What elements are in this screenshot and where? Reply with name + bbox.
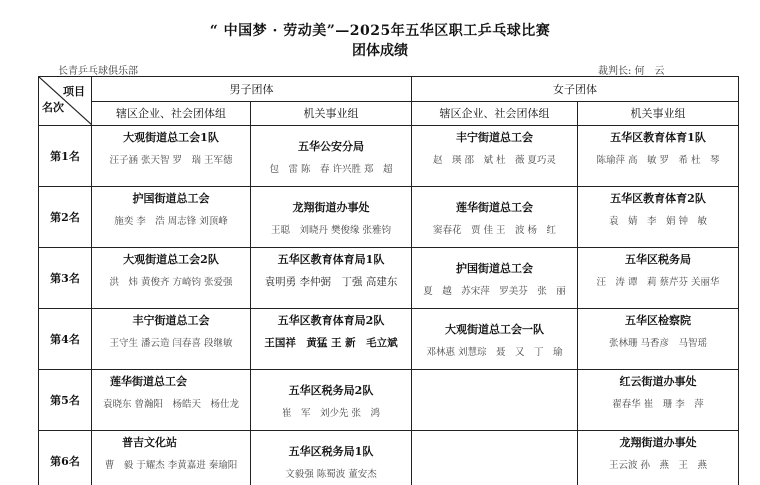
- team-cell: 五华区税务局1队 文毅强 陈蜀波 董安杰: [251, 431, 412, 485]
- team-players: 文毅强 陈蜀波 董安杰: [251, 466, 411, 480]
- team-players: 王聪 刘晓丹 樊俊缘 张雅钧: [251, 222, 411, 236]
- team-players: 王国祥 黄猛 王 新 毛立斌: [251, 335, 411, 350]
- team-cell: 护国街道总工会 施奕 李 浩 周志锋 刘顶峰: [92, 187, 251, 248]
- empty-cell: [412, 370, 578, 431]
- team-name: 五华区教育体育1队: [578, 129, 738, 145]
- team-name: 五华区教育体育局1队: [251, 251, 411, 267]
- team-cell: 大观街道总工会2队 洪 炜 黄俊齐 方崎钧 张爱强: [92, 248, 251, 309]
- team-name: 五华区检察院: [578, 312, 738, 328]
- table-row: 第4名 丰宁街道总工会 王守生 潘云造 闫春喜 段继敏 五华区教育体育局2队 王…: [39, 309, 739, 370]
- team-players: 洪 炜 黄俊齐 方崎钧 张爱强: [92, 274, 250, 288]
- team-cell: 红云街道办事处 翟春华 崔 珊 李 萍: [578, 370, 739, 431]
- team-cell: 五华区税务局 汪 涛 谭 莉 蔡芹芬 关丽华: [578, 248, 739, 309]
- team-cell: 五华区教育体育2队 袁 婧 李 娟 钟 敏: [578, 187, 739, 248]
- team-name: 普吉文化站: [92, 434, 250, 450]
- subgroup-header: 机关事业组: [578, 101, 739, 126]
- team-cell: 龙翔街道办事处 王云波 孙 燕 王 燕: [578, 431, 739, 485]
- team-players: 袁 婧 李 娟 钟 敏: [578, 213, 738, 227]
- table-row: 第6名 普吉文化站 曹 毅 于耀杰 李黄嘉进 秦瑜阳 五华区税务局1队 文毅强 …: [39, 431, 739, 485]
- team-name: 五华区教育体育局2队: [251, 312, 411, 328]
- rank-cell: 第2名: [39, 187, 92, 248]
- team-cell: 五华公安分局 包 雷 陈 春 许兴胜 郑 超: [251, 126, 412, 187]
- team-name: 护国街道总工会: [92, 190, 250, 206]
- team-name: 五华公安分局: [251, 138, 411, 154]
- team-name: 龙翔街道办事处: [578, 434, 738, 450]
- table-row: 第2名 护国街道总工会 施奕 李 浩 周志锋 刘顶峰 龙翔街道办事处 王聪 刘晓…: [39, 187, 739, 248]
- subgroup-header: 辖区企业、社会团体组: [412, 101, 578, 126]
- team-cell: 莲华街道总工会 窦春花 贾 佳 王 波 杨 红: [412, 187, 578, 248]
- corner-label-item: 项目: [63, 83, 85, 99]
- team-name: 丰宁街道总工会: [412, 129, 577, 145]
- team-name: 龙翔街道办事处: [251, 199, 411, 215]
- team-players: 施奕 李 浩 周志锋 刘顶峰: [92, 213, 250, 227]
- rank-cell: 第4名: [39, 309, 92, 370]
- rank-cell: 第1名: [39, 126, 92, 187]
- team-players: 陈瑜萍 高 敏 罗 希 杜 琴: [578, 152, 738, 166]
- rank-cell: 第6名: [39, 431, 92, 485]
- team-name: 护国街道总工会: [412, 260, 577, 276]
- team-name: 五华区教育体育2队: [578, 190, 738, 206]
- team-cell: 龙翔街道办事处 王聪 刘晓丹 樊俊缘 张雅钧: [251, 187, 412, 248]
- team-cell: 护国街道总工会 夏 越 苏宋萍 罗美芬 张 丽: [412, 248, 578, 309]
- team-players: 汪 涛 谭 莉 蔡芹芬 关丽华: [578, 274, 738, 288]
- team-name: 五华区税务局2队: [251, 382, 411, 398]
- team-cell: 大观街道总工会1队 汪子涵 张天智 罗 瑞 王军德: [92, 126, 251, 187]
- team-name: 大观街道总工会1队: [92, 129, 250, 145]
- team-cell: 丰宁街道总工会 王守生 潘云造 闫春喜 段继敏: [92, 309, 251, 370]
- team-players: 翟春华 崔 珊 李 萍: [578, 396, 738, 410]
- team-name: 大观街道总工会一队: [412, 321, 577, 337]
- corner-header-cell: 项目 名次: [39, 77, 92, 126]
- team-players: 窦春花 贾 佳 王 波 杨 红: [412, 222, 577, 236]
- empty-cell: [412, 431, 578, 485]
- team-players: 包 雷 陈 春 许兴胜 郑 超: [251, 161, 411, 175]
- corner-label-rank: 名次: [42, 99, 64, 115]
- team-players: 王云波 孙 燕 王 燕: [578, 457, 738, 471]
- team-cell: 莲华街道总工会 袁晓东 曾瀚阳 杨皓天 杨仕龙: [92, 370, 251, 431]
- document-title: “ 中国梦 · 劳动美”—2025年五华区职工乒乓球比赛: [0, 20, 760, 40]
- team-players: 赵 瑛 邵 斌 杜 薇 夏巧灵: [412, 152, 577, 166]
- group-header-women: 女子团体: [412, 77, 739, 102]
- team-players: 邓林惠 刘慧琮 聂 又 丁 瑜: [412, 344, 577, 358]
- team-players: 汪子涵 张天智 罗 瑞 王军德: [92, 152, 250, 166]
- team-players: 曹 毅 于耀杰 李黄嘉进 秦瑜阳: [92, 457, 250, 471]
- group-header-men: 男子团体: [92, 77, 412, 102]
- team-players: 崔 军 刘少先 张 鸿: [251, 405, 411, 419]
- team-name: 丰宁街道总工会: [92, 312, 250, 328]
- subgroup-header: 辖区企业、社会团体组: [92, 101, 251, 126]
- organizer-label: 长青乒乓球俱乐部: [58, 62, 138, 77]
- table-row: 第3名 大观街道总工会2队 洪 炜 黄俊齐 方崎钧 张爱强 五华区教育体育局1队…: [39, 248, 739, 309]
- team-name: 红云街道办事处: [578, 373, 738, 389]
- subgroup-header: 机关事业组: [251, 101, 412, 126]
- team-players: 王守生 潘云造 闫春喜 段继敏: [92, 335, 250, 349]
- team-name: 五华区税务局: [578, 251, 738, 267]
- team-players: 袁明勇 李仲弼 丁强 高建东: [251, 274, 411, 289]
- team-cell: 普吉文化站 曹 毅 于耀杰 李黄嘉进 秦瑜阳: [92, 431, 251, 485]
- team-name: 莲华街道总工会: [412, 199, 577, 215]
- team-players: 张林珊 马香彦 马智瑶: [578, 335, 738, 349]
- team-cell: 丰宁街道总工会 赵 瑛 邵 斌 杜 薇 夏巧灵: [412, 126, 578, 187]
- team-cell: 五华区教育体育局1队 袁明勇 李仲弼 丁强 高建东: [251, 248, 412, 309]
- table-row: 第1名 大观街道总工会1队 汪子涵 张天智 罗 瑞 王军德 五华公安分局 包 雷…: [39, 126, 739, 187]
- team-cell: 五华区税务局2队 崔 军 刘少先 张 鸿: [251, 370, 412, 431]
- team-players: 夏 越 苏宋萍 罗美芬 张 丽: [412, 283, 577, 297]
- document-subtitle: 团体成绩: [0, 40, 760, 60]
- rank-cell: 第5名: [39, 370, 92, 431]
- team-cell: 大观街道总工会一队 邓林惠 刘慧琮 聂 又 丁 瑜: [412, 309, 578, 370]
- table-row: 第5名 莲华街道总工会 袁晓东 曾瀚阳 杨皓天 杨仕龙 五华区税务局2队 崔 军…: [39, 370, 739, 431]
- team-players: 袁晓东 曾瀚阳 杨皓天 杨仕龙: [92, 396, 250, 410]
- team-cell: 五华区教育体育1队 陈瑜萍 高 敏 罗 希 杜 琴: [578, 126, 739, 187]
- rank-cell: 第3名: [39, 248, 92, 309]
- team-name: 大观街道总工会2队: [92, 251, 250, 267]
- team-cell: 五华区检察院 张林珊 马香彦 马智瑶: [578, 309, 739, 370]
- chief-referee-label: 裁判长: 何 云: [598, 62, 665, 77]
- results-table: 项目 名次 男子团体 女子团体 辖区企业、社会团体组 机关事业组 辖区企业、社会…: [38, 76, 739, 485]
- team-cell: 五华区教育体育局2队 王国祥 黄猛 王 新 毛立斌: [251, 309, 412, 370]
- team-name: 莲华街道总工会: [92, 373, 250, 389]
- team-name: 五华区税务局1队: [251, 443, 411, 459]
